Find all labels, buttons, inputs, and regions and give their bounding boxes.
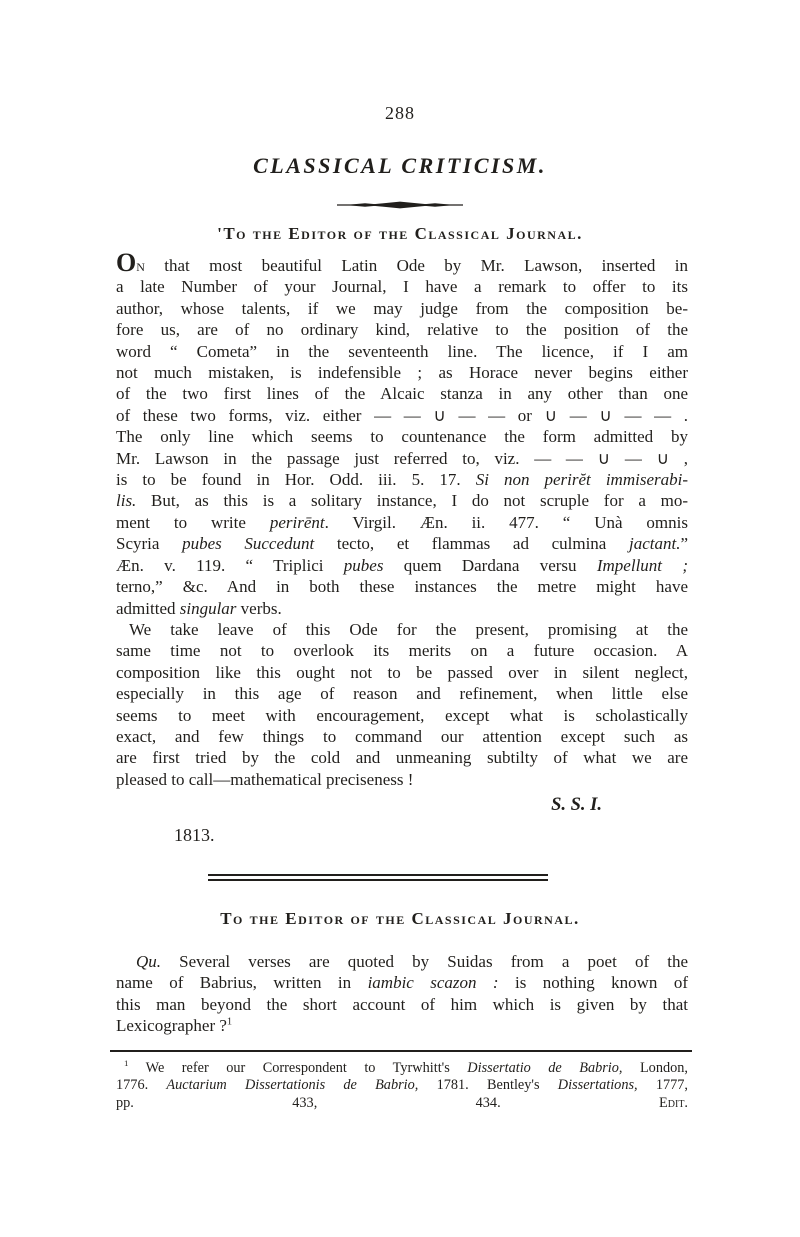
section-divider-rule [208,874,548,881]
text-line: author, whose talents, if we may judge f… [116,298,688,319]
text-line: Mr. Lawson in the passage just referred … [116,448,688,469]
text-line: Lexicographer ?1 [116,1015,688,1036]
text-line: We take leave of this Ode for the presen… [116,619,688,640]
signature: S. S. I. [116,795,688,816]
paragraph-babrius-query: Qu. Several verses are quoted by Suidas … [116,951,688,1037]
text-line: especially in this age of reason and ref… [116,683,688,704]
footnote-rule [110,1050,692,1052]
date-line: 1813. [116,825,688,846]
section1-header: 'To the Editor of the Classical Journal. [0,224,800,244]
text-line: name of Babrius, written in iambic scazo… [116,972,688,993]
text-line: lis. But, as this is a solitary instance… [116,490,688,511]
text-line: seems to meet with encouragement, except… [116,705,688,726]
text-line: The only line which seems to countenance… [116,426,688,447]
text-line: Qu. Several verses are quoted by Suidas … [116,951,688,972]
ornament-divider-icon [335,200,465,210]
text-line: ment to write perirēnt. Virgil. Æn. ii. … [116,512,688,533]
text-line: exact, and few things to command our att… [116,726,688,747]
text-line: a late Number of your Journal, I have a … [116,276,688,297]
text-line: of the two first lines of the Alcaic sta… [116,383,688,404]
text-line: this man beyond the short account of him… [116,994,688,1015]
text-line: composition like this ought not to be pa… [116,662,688,683]
paragraph-take-leave: We take leave of this Ode for the presen… [116,619,688,790]
text-line: fore us, are of no ordinary kind, relati… [116,319,688,340]
article-title: CLASSICAL CRITICISM. [0,153,800,179]
page-number: 288 [0,103,800,124]
text-line: word “ Cometa” in the seventeenth line. … [116,341,688,362]
divider-line-bottom [208,879,548,881]
text-line: are first tried by the cold and unmeanin… [116,747,688,768]
text-line: 1776. Auctarium Dissertationis de Babrio… [116,1077,688,1094]
text-line: is to be found in Hor. Odd. iii. 5. 17. … [116,469,688,490]
text-line: Scyria pubes Succedunt tecto, et flammas… [116,533,688,554]
scanned-page: 288 CLASSICAL CRITICISM. 'To the Editor … [0,0,800,1237]
text-line: pp. 433, 434. Edit. [116,1095,688,1112]
section2-header: To the Editor of the Classical Journal. [0,909,800,929]
text-line: Æn. v. 119. “ Triplici pubes quem Dardan… [116,555,688,576]
text-line: admitted singular verbs. [116,598,688,619]
section1-body: On that most beautiful Latin Ode by Mr. … [116,255,688,846]
text-line: On that most beautiful Latin Ode by Mr. … [116,255,688,276]
section2-body: Qu. Several verses are quoted by Suidas … [116,951,688,1037]
text-line: not much mistaken, is indefensible ; as … [116,362,688,383]
text-line: terno,” &c. And in both these instances … [116,576,688,597]
text-line: 1 We refer our Correspondent to Tyrwhitt… [116,1060,688,1077]
paragraph-ode-remark: On that most beautiful Latin Ode by Mr. … [116,255,688,619]
text-line: pleased to call—mathematical preciseness… [116,769,688,790]
footnote: 1 We refer our Correspondent to Tyrwhitt… [116,1060,688,1112]
text-line: same time not to overlook its merits on … [116,640,688,661]
divider-line-top [208,874,548,876]
text-line: of these two forms, viz. either — — ∪ — … [116,405,688,426]
